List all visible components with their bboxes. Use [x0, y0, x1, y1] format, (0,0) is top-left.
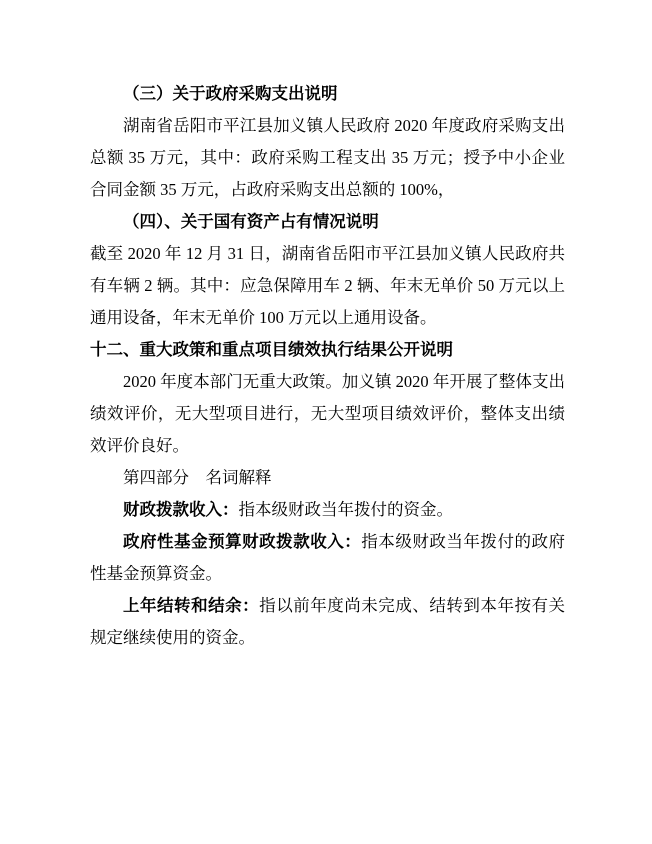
definition-term: 政府性基金预算财政拨款收入：: [123, 532, 361, 551]
para-performance-results: 2020 年度本部门无重大政策。加义镇 2020 年开展了整体支出绩效评价，无大…: [90, 366, 565, 462]
definition-carryover-and-surplus: 上年结转和结余：指以前年度尚未完成、结转到本年按有关规定继续使用的资金。: [90, 590, 565, 654]
document-page: （三）关于政府采购支出说明 湖南省岳阳市平江县加义镇人民政府 2020 年度政府…: [0, 0, 652, 844]
part-four-title: 第四部分 名词解释: [90, 462, 565, 494]
definition-fiscal-appropriation-income: 财政拨款收入：指本级财政当年拨付的资金。: [90, 494, 565, 526]
definition-government-fund-budget-income: 政府性基金预算财政拨款收入：指本级财政当年拨付的政府性基金预算资金。: [90, 526, 565, 590]
para-government-procurement: 湖南省岳阳市平江县加义镇人民政府 2020 年度政府采购支出总额 35 万元，其…: [90, 110, 565, 206]
heading-state-assets: （四）、关于国有资产占有情况说明: [90, 206, 565, 238]
definition-term: 上年结转和结余：: [123, 596, 259, 615]
definition-term: 财政拨款收入：: [123, 500, 239, 519]
definition-description: 指本级财政当年拨付的资金。: [239, 500, 454, 519]
heading-government-procurement: （三）关于政府采购支出说明: [90, 78, 565, 110]
heading-performance-results: 十二、重大政策和重点项目绩效执行结果公开说明: [90, 334, 565, 366]
para-state-assets: 截至 2020 年 12 月 31 日，湖南省岳阳市平江县加义镇人民政府共有车辆…: [90, 238, 565, 334]
